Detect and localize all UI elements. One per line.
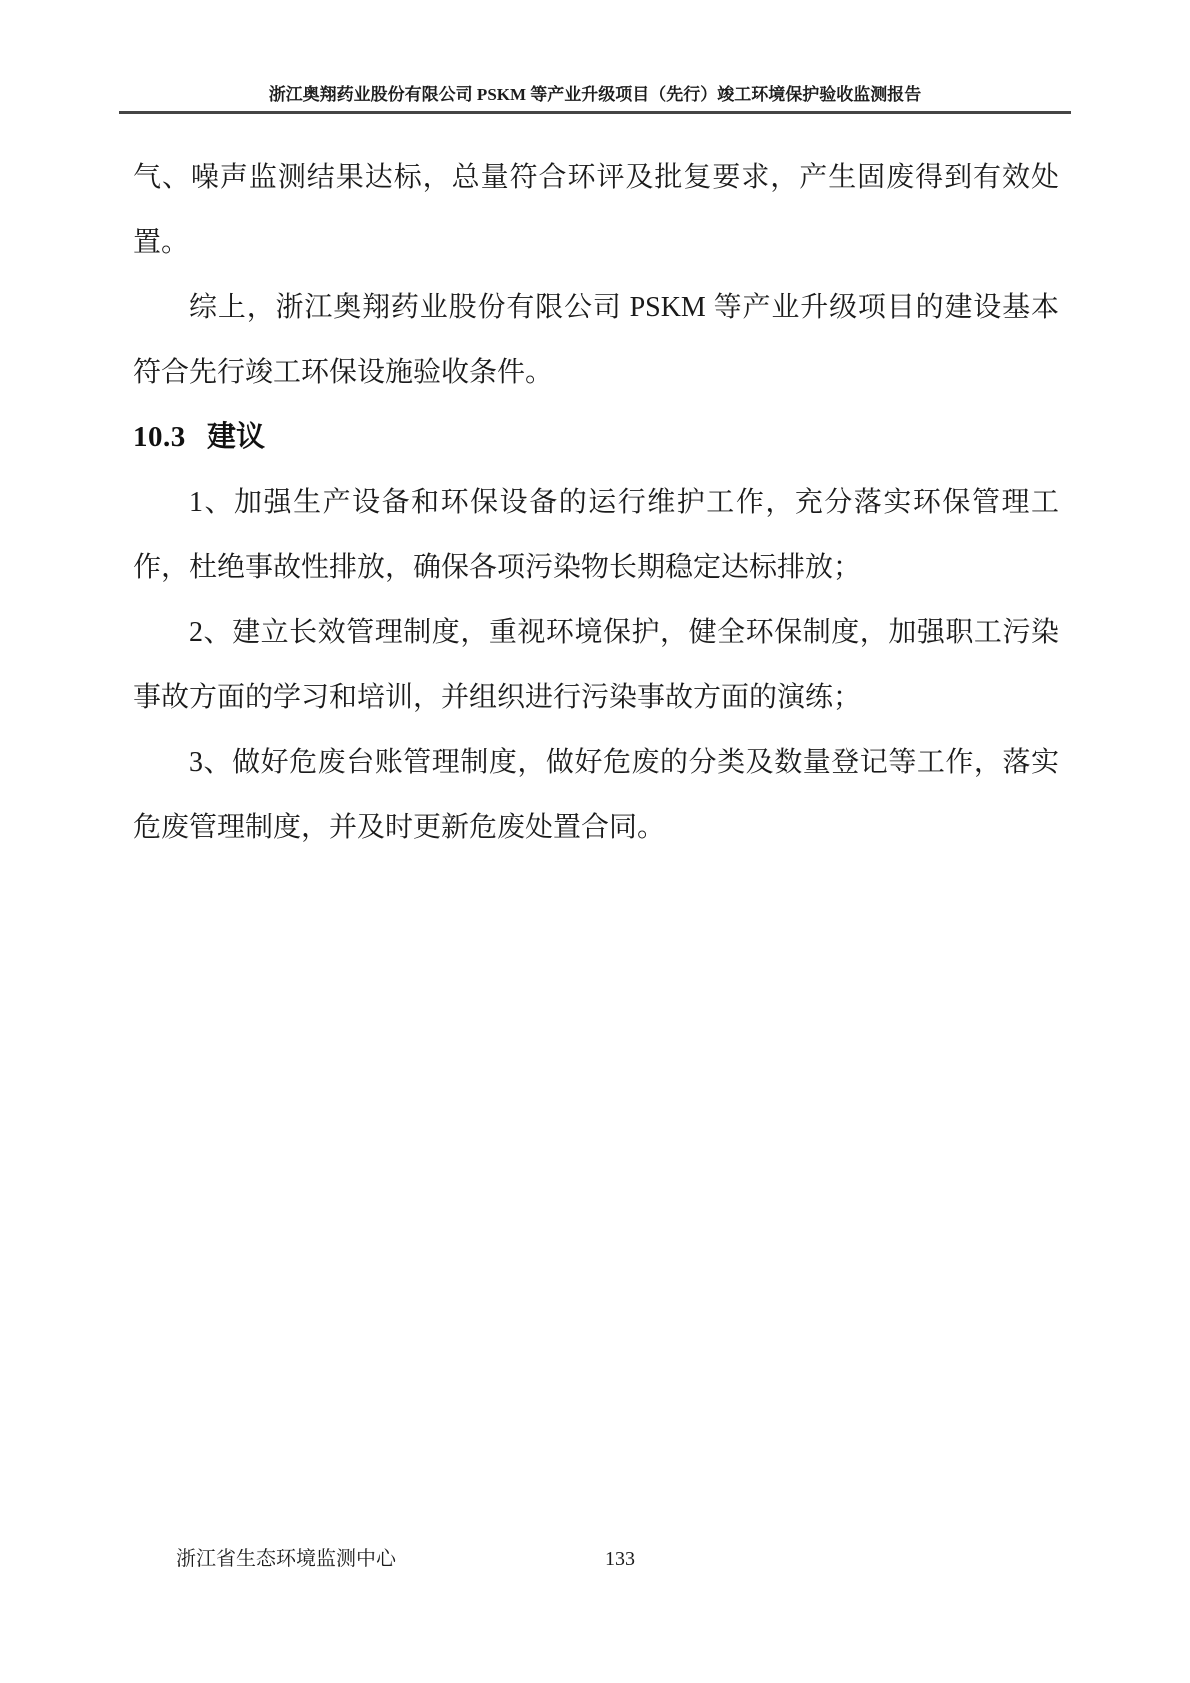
paragraph-summary: 综上，浙江奥翔药业股份有限公司 PSKM 等产业升级项目的建设基本符合先行竣工环… (133, 275, 1059, 405)
paragraph-suggestion-1: 1、加强生产设备和环保设备的运行维护工作，充分落实环保管理工作，杜绝事故性排放，… (133, 470, 1059, 600)
document-body: 气、噪声监测结果达标，总量符合环评及批复要求，产生固废得到有效处置。 综上，浙江… (133, 145, 1059, 860)
section-heading: 10.3 建议 (133, 405, 1059, 470)
page-header: 浙江奥翔药业股份有限公司 PSKM 等产业升级项目（先行）竣工环境保护验收监测报… (119, 82, 1071, 114)
section-heading-number: 10.3 (133, 421, 186, 453)
document-page: 浙江奥翔药业股份有限公司 PSKM 等产业升级项目（先行）竣工环境保护验收监测报… (0, 0, 1190, 1683)
header-rule (119, 111, 1071, 114)
header-title: 浙江奥翔药业股份有限公司 PSKM 等产业升级项目（先行）竣工环境保护验收监测报… (119, 82, 1071, 108)
paragraph-suggestion-2: 2、建立长效管理制度，重视环境保护，健全环保制度，加强职工污染事故方面的学习和培… (133, 600, 1059, 730)
paragraph-suggestion-3: 3、做好危废台账管理制度，做好危废的分类及数量登记等工作，落实危废管理制度，并及… (133, 730, 1059, 860)
footer-organization: 浙江省生态环境监测中心 (176, 1544, 396, 1574)
section-heading-label: 建议 (207, 421, 265, 453)
footer-page-number: 133 (560, 1544, 680, 1574)
page-footer: 浙江省生态环境监测中心 133 (0, 1544, 1190, 1574)
paragraph-continuation: 气、噪声监测结果达标，总量符合环评及批复要求，产生固废得到有效处置。 (133, 145, 1059, 275)
